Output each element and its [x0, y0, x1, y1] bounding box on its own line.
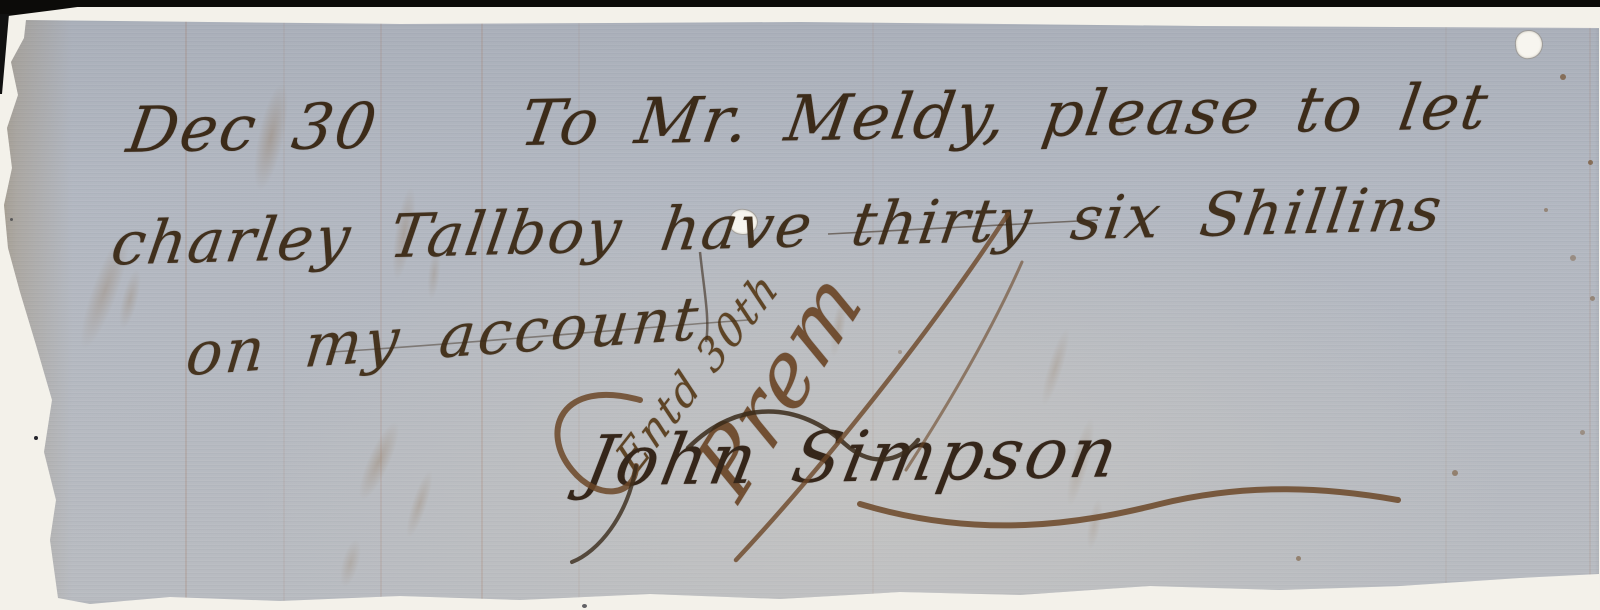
paper-sheet: Dec 30 To Mr. Meldy, please to let charl…	[0, 0, 1600, 610]
mat-speck	[582, 604, 587, 608]
scanner-edge-strip	[0, 0, 1600, 7]
scanner-edge-wedge	[0, 0, 130, 17]
scanner-edge-sliver	[0, 14, 9, 94]
mat-speck	[10, 218, 13, 221]
left-edge-discoloration	[0, 0, 72, 610]
paper-edge-shading	[0, 0, 1600, 610]
document-scan: Dec 30 To Mr. Meldy, please to let charl…	[0, 0, 1600, 610]
mat-speck	[34, 436, 38, 440]
